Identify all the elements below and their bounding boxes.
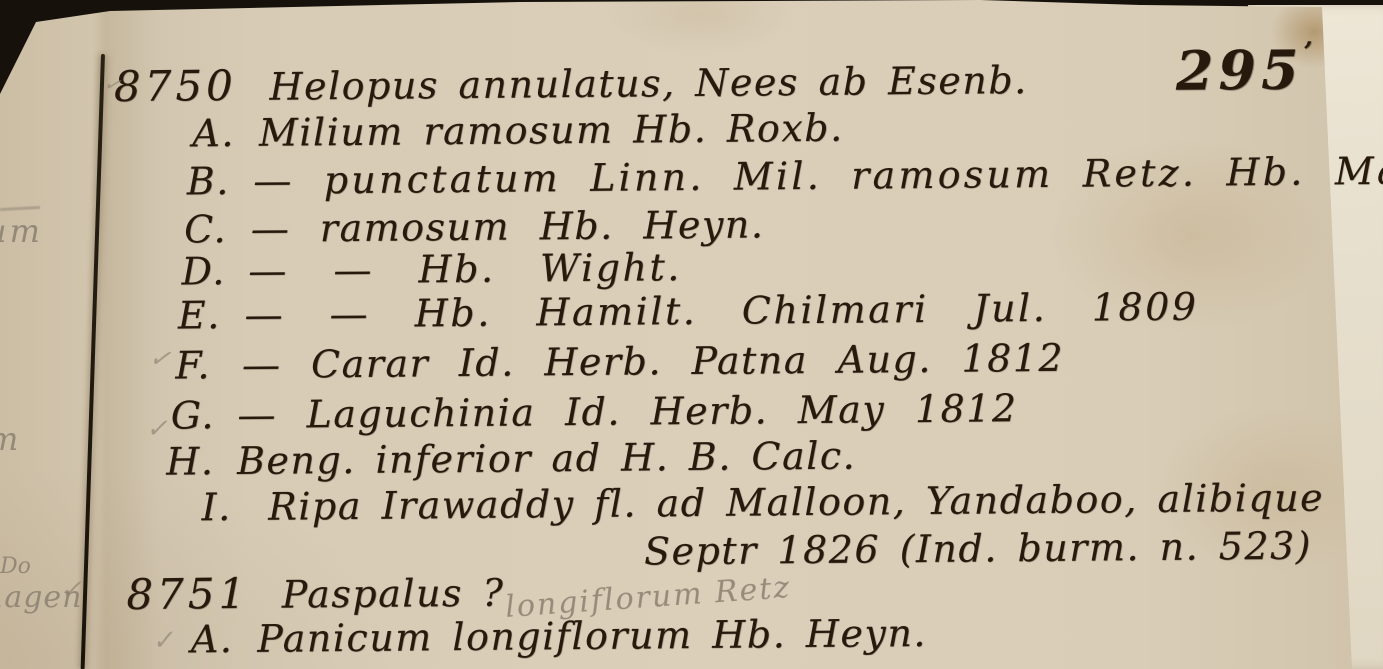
synonym-label: A. — [191, 617, 235, 661]
margin-pencil-fragment: Do — [0, 554, 31, 579]
synonym-line-c: C. — ramosum Hb. Heyn. — [184, 202, 765, 251]
page-number: 295ʼ — [1176, 38, 1318, 103]
synonym-line-d: D. — — Hb. Wight. — [181, 245, 682, 293]
synonym-text: — Carar Id. Herb. Patna Aug. 1812 — [242, 336, 1065, 387]
handwritten-ink-layer: 295ʼ 8750 Helopus annulatus, Nees ab Ese… — [0, 0, 1383, 669]
entry-title: Paspalus ? — [282, 571, 505, 617]
pencil-check-icon: ✓ — [147, 343, 173, 376]
synonym-text: — Laguchinia Id. Herb. May 1812 — [237, 386, 1017, 437]
synonym-line-e: E. — — Hb. Hamilt. Chilmari Jul. 1809 — [178, 285, 1199, 338]
entry-number: 8750 — [114, 61, 237, 111]
synonym-label: C. — [184, 207, 228, 251]
page-number-flourish: ʼ — [1303, 38, 1317, 68]
synonym-label: F. — [175, 343, 219, 387]
synonym-line-h: H. Beng. inferior ad H. B. Calc. — [166, 434, 856, 484]
entry-8750-heading: 8750 Helopus annulatus, Nees ab Esenb. — [114, 54, 1028, 111]
pencil-check-icon: ✓ — [150, 625, 175, 657]
entry-title: Helopus annulatus, Nees ab Esenb. — [269, 58, 1028, 109]
manuscript-photo: 295ʼ 8750 Helopus annulatus, Nees ab Ese… — [0, 0, 1383, 669]
synonym-text: Ripa Irawaddy fl. ad Malloon, Yandaboo, … — [268, 476, 1324, 529]
synonym-text: Beng. inferior ad H. B. Calc. — [237, 434, 857, 483]
synonym-text: — ramosum Hb. Heyn. — [251, 202, 765, 250]
synonym-line-i: I. Ripa Irawaddy fl. ad Malloon, Yandabo… — [201, 476, 1324, 530]
synonym-label: D. — [181, 249, 226, 293]
synonym-line-i-continuation: Septr 1826 (Ind. burm. n. 523) — [634, 524, 1312, 574]
synonym-text: — — Hb. Wight. — [248, 245, 682, 293]
margin-pencil-fragment: m — [0, 420, 18, 458]
entry-8751-heading: 8751 Paspalus ? — [126, 567, 504, 619]
synonym-label: H. — [166, 439, 215, 483]
margin-pencil-fragment: hagen — [0, 580, 83, 615]
entry-number: 8751 — [126, 569, 249, 619]
page-number-value: 295 — [1176, 38, 1304, 103]
synonym-text: — punctatum Linn. Mil. ramosum Retz. Hb.… — [253, 148, 1383, 202]
synonym-label: I. — [201, 485, 245, 529]
synonym-label: B. — [187, 159, 231, 203]
synonym-text: Septr 1826 (Ind. burm. n. 523) — [644, 524, 1312, 574]
synonym-label: G. — [171, 393, 215, 437]
synonym-line-b: B. — punctatum Linn. Mil. ramosum Retz. … — [187, 148, 1383, 203]
synonym-text: — — Hb. Hamilt. Chilmari Jul. 1809 — [244, 285, 1198, 337]
synonym-line-f: F. — Carar Id. Herb. Patna Aug. 1812 — [175, 336, 1064, 388]
synonym-line-g: G. — Laguchinia Id. Herb. May 1812 — [171, 386, 1018, 437]
synonym-label: A. — [192, 111, 236, 155]
synonym-text: Milium ramosum Hb. Roxb. — [259, 106, 844, 155]
pencil-check-icon: ✓ — [146, 414, 168, 444]
synonym-line-a: A. Milium ramosum Hb. Roxb. — [192, 106, 844, 156]
synonym-label: E. — [178, 293, 222, 337]
margin-pencil-fragment: um — [0, 212, 43, 250]
